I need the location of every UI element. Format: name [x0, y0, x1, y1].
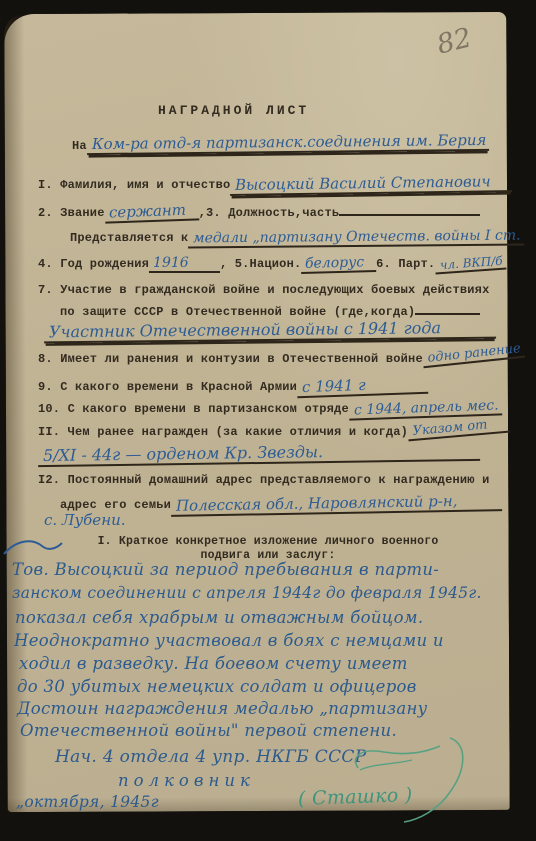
item12-value1-handwritten: Полесская обл., Наровлянский р-н,	[171, 491, 502, 517]
item7-blank-line	[415, 313, 480, 315]
item12-address-row: адрес его семьи Полесская обл., Наровлян…	[60, 494, 502, 514]
citation-heading-line1: I. Краткое конкретное изложение личного …	[68, 535, 468, 548]
citation-line: показал себя храбрым и отважным бойцом.	[15, 608, 423, 627]
item7-value-handwritten: Участник Отечественной войны с 1941 года	[44, 318, 496, 344]
item11-value2-handwritten: 5/XI - 44г — орденом Кр. Звезды.	[38, 440, 480, 467]
name-label: I. Фамилия, имя и отчество	[38, 178, 230, 192]
name-value-handwritten: Высоцкий Василий Степанович	[230, 172, 512, 196]
position-label: ,3. Должность,часть	[199, 206, 340, 220]
item12-label-line2: адрес его семьи	[60, 498, 171, 512]
signature-date: „октября, 1945г	[16, 793, 159, 811]
citation-line: Достоин награждения медалью „партизану	[17, 699, 428, 718]
item9-value-handwritten: с 1941 г	[297, 374, 429, 399]
rank-value-handwritten: сержант	[104, 200, 199, 223]
citation-line: Неоднократно участвовал в боях с немцами…	[14, 631, 444, 650]
submitted-value-handwritten: медали „партизану Отечеств. войны I ст.	[188, 228, 524, 249]
form-row-na: На Ком-ра отд-я партизанск.соединения им…	[72, 133, 472, 153]
form-row-wounds: 8. Имеет ли ранения и контузии в Отечест…	[38, 351, 510, 368]
form-row-rank: 2. Звание сержант ,3. Должность,часть	[38, 202, 480, 222]
citation-line: ходил в разведку. На боевом счету имеет	[19, 654, 408, 673]
na-value-handwritten: Ком-ра отд-я партизанск.соединения им. Б…	[87, 131, 490, 155]
party-value-handwritten: чл. ВКП/б	[435, 254, 507, 275]
form-row-name: I. Фамилия, имя и отчество Высоцкий Васи…	[38, 174, 512, 194]
item12-value2-handwritten: с. Лубени.	[44, 511, 126, 529]
nation-value-handwritten: белорус	[301, 254, 376, 274]
item8-label: 8. Имеет ли ранения и контузии в Отечест…	[38, 352, 423, 366]
scanned-award-sheet: 82 НАГРАДНОЙ ЛИСТ На Ком-ра отд-я партиз…	[0, 0, 536, 841]
citation-line: до 30 убитых немецких солдат и офицеров	[17, 677, 417, 696]
form-row-birth-nation-party: 4. Год рождения 1916 , 5.Национ. белорус…	[38, 255, 506, 273]
signature-name: ( Сташко )	[298, 784, 413, 810]
citation-line: Тов. Высоцкий за период пребывания в пар…	[12, 560, 439, 579]
item7-label-line1: 7. Участие в гражданской войне и последу…	[38, 283, 489, 297]
citation-line: занском соединении с апреля 1944г до фев…	[12, 584, 482, 602]
form-row-prior-awards: II. Чем ранее награжден (за какие отличи…	[38, 424, 510, 441]
form-row-submitted: Представляется к медали „партизану Отече…	[70, 229, 512, 247]
birth-value-handwritten: 1916	[149, 255, 220, 273]
item7-label-line2-row: по защите СССР в Отечественной войне (гд…	[60, 305, 480, 319]
signature-title-line2: полковник	[118, 771, 255, 790]
document-title: НАГРАДНОЙ ЛИСТ	[158, 103, 309, 118]
item11-label: II. Чем ранее награжден (за какие отличи…	[38, 425, 408, 439]
birth-label: 4. Год рождения	[38, 257, 149, 271]
party-label: 6. Парт.	[376, 257, 435, 271]
item11-answer-row: 5/XI - 44г — орденом Кр. Звезды.	[38, 443, 480, 464]
form-row-partisan: 10. С какого времени в партизанском отря…	[38, 400, 490, 418]
item7-answer-row: Участник Отечественной войны с 1941 года	[44, 320, 496, 341]
submitted-label: Представляется к	[70, 231, 188, 245]
item9-label: 9. С какого времени в Красной Армии	[38, 380, 297, 394]
na-label: На	[72, 139, 87, 153]
ink-squiggle	[2, 536, 64, 562]
signature-flourish	[300, 730, 490, 830]
item7-label-line2: по защите СССР в Отечественной войне (гд…	[60, 305, 415, 319]
item12-label-line1: I2. Постоянный домашний адрес представля…	[38, 473, 489, 487]
position-blank-line	[339, 214, 480, 216]
item10-label: 10. С какого времени в партизанском отря…	[38, 402, 349, 416]
nation-label: , 5.Национ.	[220, 257, 301, 271]
rank-label: 2. Звание	[38, 206, 105, 220]
form-row-red-army: 9. С какого времени в Красной Армии с 19…	[38, 376, 428, 396]
